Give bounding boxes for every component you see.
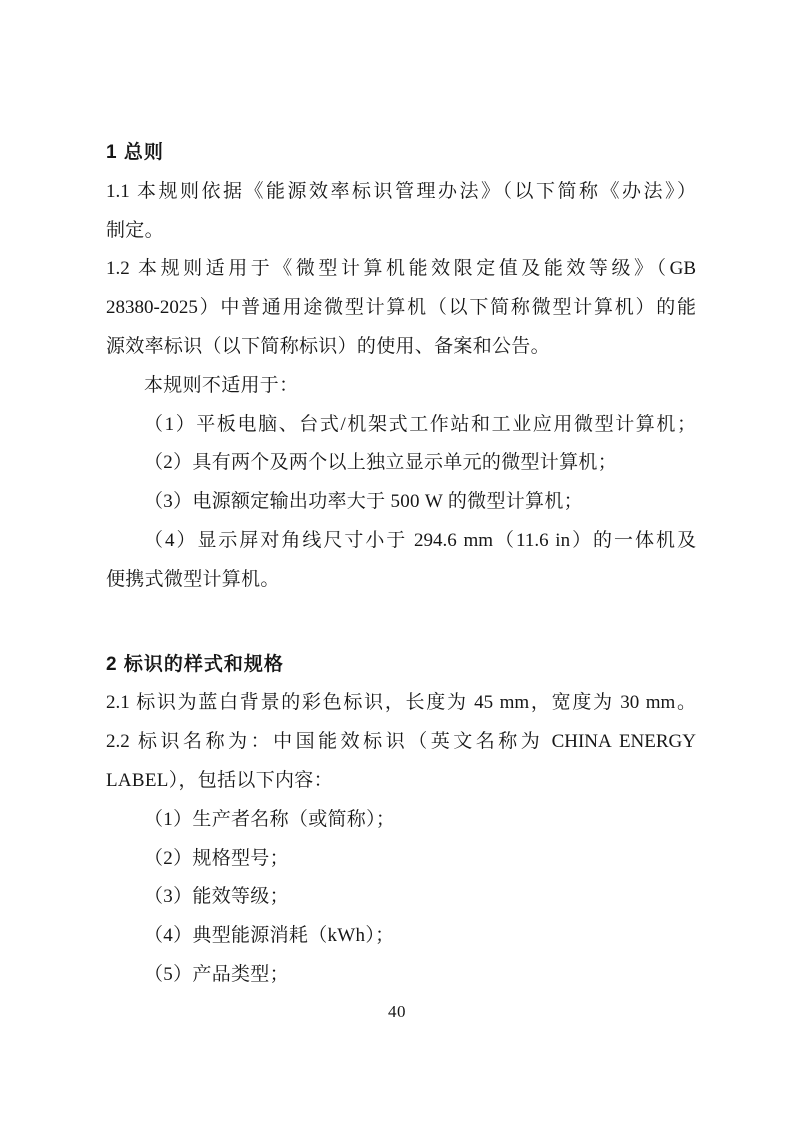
- clause-2-2-line-1: 2.2 标识名称为：中国能效标识（英文名称为 CHINA ENERGY: [106, 723, 696, 762]
- label-content-item-1: （1）生产者名称（或简称）；: [106, 801, 696, 840]
- clause-1-2-line-3: 源效率标识（以下简称标识）的使用、备案和公告。: [106, 328, 696, 367]
- section-1-heading: 1 总则: [106, 134, 696, 173]
- exclusion-item-1: （1）平板电脑、台式/机架式工作站和工业应用微型计算机；: [106, 406, 696, 445]
- label-content-item-5: （5）产品类型；: [106, 956, 696, 995]
- document-page: 1 总则 1.1 本规则依据《能源效率标识管理办法》（以下简称《办法》） 制定。…: [0, 0, 794, 1123]
- exclusion-item-4-line-1: （4）显示屏对角线尺寸小于 294.6 mm（11.6 in）的一体机及: [106, 522, 696, 561]
- exclusion-item-3: （3）电源额定输出功率大于 500 W 的微型计算机；: [106, 483, 696, 522]
- page-number: 40: [0, 998, 794, 1026]
- exclusion-item-2: （2）具有两个及两个以上独立显示单元的微型计算机；: [106, 444, 696, 483]
- label-content-item-4: （4）典型能源消耗（kWh）；: [106, 917, 696, 956]
- clause-1-1-line-2: 制定。: [106, 212, 696, 251]
- label-content-item-3: （3）能效等级；: [106, 878, 696, 917]
- clause-2-1: 2.1 标识为蓝白背景的彩色标识，长度为 45 mm，宽度为 30 mm。: [106, 684, 696, 723]
- clause-1-1-line-1: 1.1 本规则依据《能源效率标识管理办法》（以下简称《办法》）: [106, 173, 696, 212]
- exclusions-intro: 本规则不适用于：: [106, 367, 696, 406]
- clause-1-2-line-1: 1.2 本规则适用于《微型计算机能效限定值及能效等级》（GB: [106, 250, 696, 289]
- label-content-item-2: （2）规格型号；: [106, 840, 696, 879]
- section-2-heading: 2 标识的样式和规格: [106, 646, 696, 685]
- exclusion-item-4-line-2: 便携式微型计算机。: [106, 561, 696, 600]
- clause-2-2-line-2: LABEL），包括以下内容：: [106, 762, 696, 801]
- document-content: 1 总则 1.1 本规则依据《能源效率标识管理办法》（以下简称《办法》） 制定。…: [106, 134, 696, 995]
- clause-1-2-line-2: 28380-2025）中普通用途微型计算机（以下简称微型计算机）的能: [106, 289, 696, 328]
